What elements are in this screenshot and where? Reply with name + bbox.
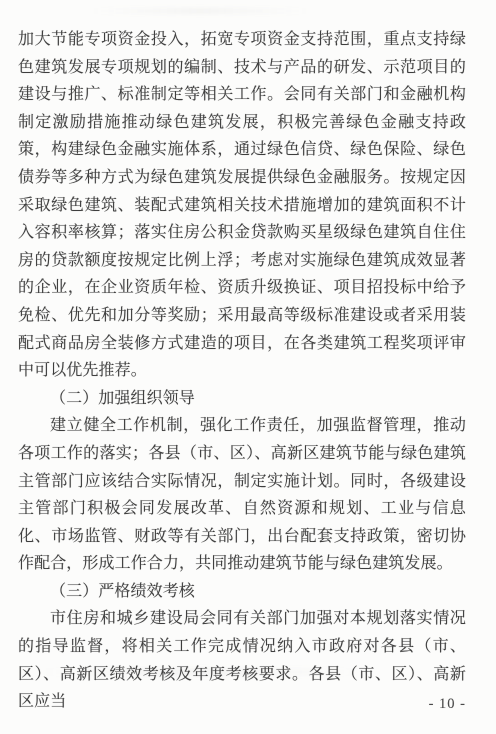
paragraph-assessment: 市住房和城乡建设局会同有关部门加强对本规划落实情况的指导监督，将相关工作完成情况… [18, 605, 466, 715]
scan-artifact [90, 8, 310, 14]
section-heading-assessment: （三）严格绩效考核 [18, 578, 466, 606]
paragraph-funding-continuation: 加大节能专项资金投入，拓宽专项资金支持范围，重点支持绿色建筑发展专项规划的编制、… [18, 26, 466, 385]
page-number: - 10 - [429, 696, 466, 713]
paragraph-organization: 建立健全工作机制，强化工作责任，加强监督管理，推动各项工作的落实；各县（市、区）… [18, 412, 466, 578]
document-body: 加大节能专项资金投入，拓宽专项资金支持范围，重点支持绿色建筑发展专项规划的编制、… [18, 26, 466, 716]
document-page: 加大节能专项资金投入，拓宽专项资金支持范围，重点支持绿色建筑发展专项规划的编制、… [0, 0, 496, 734]
section-heading-organization: （二）加强组织领导 [18, 385, 466, 413]
